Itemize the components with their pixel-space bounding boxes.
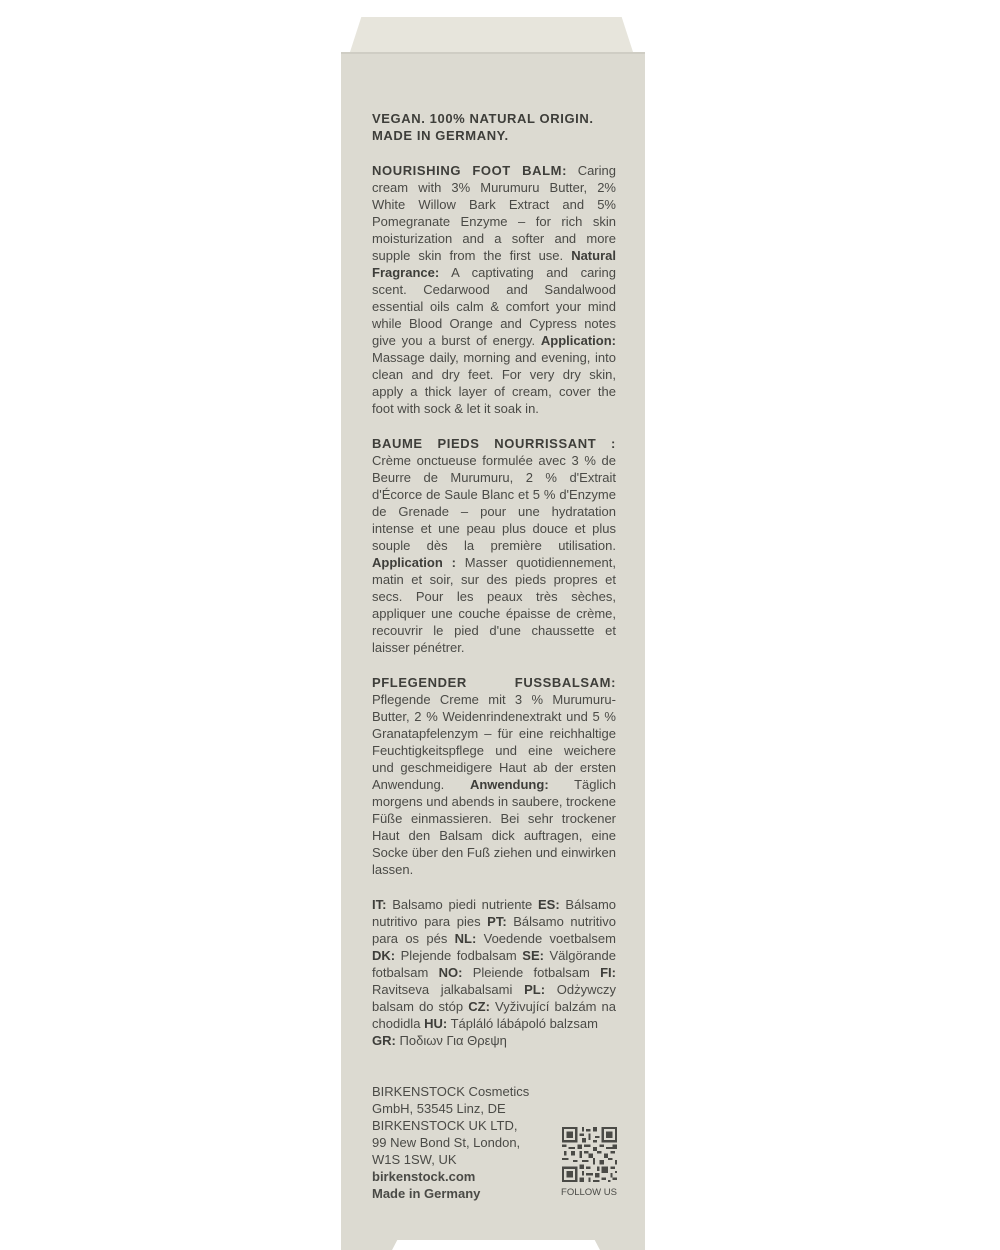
french-text-1: Crème onctueuse formulée avec 3 % de Beu… [372, 453, 616, 553]
lang-text-no: Pleiende fotbalsam [473, 965, 590, 980]
address-line-1: BIRKENSTOCK Cosmetics [372, 1083, 542, 1100]
german-text-2: Täglich morgens und abends in saubere, t… [372, 777, 616, 877]
label-panel: VEGAN. 100% NATURAL ORIGIN. MADE IN GERM… [372, 110, 616, 1202]
lang-text-hu: Tápláló lábápoló balzsam [451, 1016, 598, 1031]
lang-code-it: IT: [372, 897, 386, 912]
french-title: BAUME PIEDS NOURRISSANT : [372, 436, 616, 451]
lang-text-it: Balsamo piedi nutriente [392, 897, 532, 912]
lang-code-no: NO: [439, 965, 463, 980]
follow-us-label: FOLLOW US [560, 1187, 618, 1199]
english-section: NOURISHING FOOT BALM: Caring cream with … [372, 162, 616, 417]
lang-text-dk: Plejende fodbalsam [401, 948, 517, 963]
box-bottom-notch [391, 1240, 601, 1250]
qr-code-icon [562, 1127, 617, 1182]
website-link: birkenstock.com [372, 1168, 542, 1185]
box-top-flap [350, 17, 633, 52]
lang-code-nl: NL: [455, 931, 477, 946]
lang-code-pt: PT: [487, 914, 507, 929]
lang-text-gr: Ποδιων Για Θρεψη [399, 1033, 506, 1048]
lang-code-cz: CZ: [468, 999, 490, 1014]
lang-code-dk: DK: [372, 948, 395, 963]
english-text-3: Massage daily, morning and evening, into… [372, 350, 616, 416]
address-line-4: 99 New Bond St, London, [372, 1134, 542, 1151]
lang-text-fi: Ravitseva jalkabalsami [372, 982, 512, 997]
address-line-2: GmbH, 53545 Linz, DE [372, 1100, 542, 1117]
lang-text-nl: Voedende voetbalsem [484, 931, 616, 946]
english-application-label: Application: [541, 333, 616, 348]
german-section: PFLEGENDER FUSSBALSAM: Pflegende Creme m… [372, 674, 616, 878]
french-section: BAUME PIEDS NOURRISSANT : Crème onctueus… [372, 435, 616, 656]
lang-code-fi: FI: [600, 965, 616, 980]
german-title: PFLEGENDER FUSSBALSAM: [372, 675, 616, 690]
french-application-label: Application : [372, 555, 456, 570]
claims-header: VEGAN. 100% NATURAL ORIGIN. MADE IN GERM… [372, 110, 616, 144]
lang-code-pl: PL: [524, 982, 545, 997]
claims-line-2: MADE IN GERMANY. [372, 127, 616, 144]
manufacturer-address: BIRKENSTOCK Cosmetics GmbH, 53545 Linz, … [372, 1083, 542, 1202]
french-text-2: Masser quotidiennement, matin et soir, s… [372, 555, 616, 655]
address-line-5: W1S 1SW, UK [372, 1151, 542, 1168]
translations-section: IT: Balsamo piedi nutriente ES: Bálsamo … [372, 896, 616, 1049]
lang-code-es: ES: [538, 897, 560, 912]
lang-code-se: SE: [522, 948, 544, 963]
german-application-label: Anwendung: [470, 777, 549, 792]
english-title: NOURISHING FOOT BALM: [372, 163, 567, 178]
address-line-3: BIRKENSTOCK UK LTD, [372, 1117, 542, 1134]
made-in-label: Made in Germany [372, 1185, 542, 1202]
lang-code-gr: GR: [372, 1033, 396, 1048]
qr-block: FOLLOW US [560, 1127, 618, 1199]
claims-line-1: VEGAN. 100% NATURAL ORIGIN. [372, 110, 616, 127]
lang-code-hu: HU: [424, 1016, 447, 1031]
